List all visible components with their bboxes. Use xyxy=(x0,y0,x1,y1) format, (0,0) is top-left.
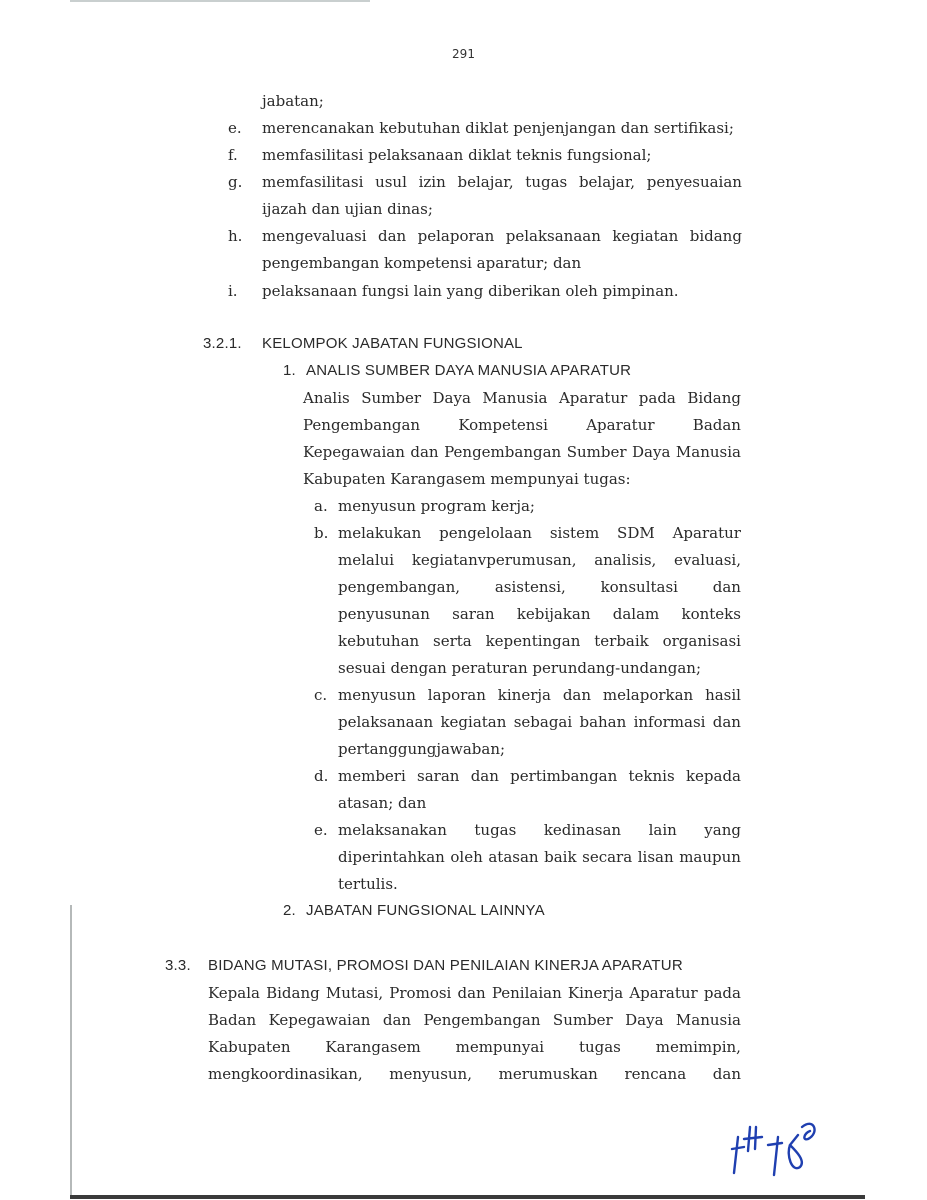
list-item-text: melaksanakantugaskedinasanlainyang xyxy=(338,820,741,840)
paragraph-line: AnalisSumberDayaManusiaAparaturpadaBidan… xyxy=(303,388,741,408)
list-item-text: sesuai dengan peraturan perundang-undang… xyxy=(338,658,741,678)
subsection-number: 2. xyxy=(283,901,296,921)
list-item-text: mengevaluasidanpelaporanpelaksanaankegia… xyxy=(262,226,742,246)
paragraph-line: KepegawaiandanPengembanganSumberDayaManu… xyxy=(303,442,741,462)
list-item-text: atasan; dan xyxy=(338,793,741,813)
scan-edge-top xyxy=(70,0,370,2)
section-title: KELOMPOK JABATAN FUNGSIONAL xyxy=(262,334,523,354)
list-item-label: f. xyxy=(228,145,238,165)
paragraph-line: Kabupaten Karangasem mempunyai tugas: xyxy=(303,469,741,489)
paragraph-line: KabupatenKarangasemmempunyaitugasmemimpi… xyxy=(208,1037,741,1057)
scan-edge-left xyxy=(70,905,72,1197)
list-item-text: memfasilitasiusulizinbelajar,tugasbelaja… xyxy=(262,172,742,192)
paragraph-line: KepalaBidangMutasi,PromosidanPenilaianKi… xyxy=(208,983,741,1003)
section-title: BIDANG MUTASI, PROMOSI DAN PENILAIAN KIN… xyxy=(208,956,683,976)
list-item-label: c. xyxy=(314,685,327,705)
subsection-title: JABATAN FUNGSIONAL LAINNYA xyxy=(306,901,545,921)
list-item-text: ijazah dan ujian dinas; xyxy=(262,199,742,219)
list-item-text: pelaksanaankegiatansebagaibahaninformasi… xyxy=(338,712,741,732)
list-item-label: d. xyxy=(314,766,328,786)
list-item-text: melakukanpengelolaansistemSDMAparatur xyxy=(338,523,741,543)
list-item-text: memberisarandanpertimbangantekniskepada xyxy=(338,766,741,786)
list-item-label: b. xyxy=(314,523,328,543)
signature-initials-icon xyxy=(730,1115,840,1185)
list-item-text: memfasilitasi pelaksanaan diklat teknis … xyxy=(262,145,742,165)
list-item-text: penyusunansarankebijakandalamkonteks xyxy=(338,604,741,624)
list-item-label: i. xyxy=(228,281,238,301)
list-item-text: menyusun program kerja; xyxy=(338,496,741,516)
list-item-text: menyusunlaporankinerjadanmelaporkanhasil xyxy=(338,685,741,705)
list-item-text: tertulis. xyxy=(338,874,741,894)
list-item-text: pengembangan,asistensi,konsultasidan xyxy=(338,577,741,597)
section-number: 3.3. xyxy=(165,956,191,976)
paragraph-line: BadanKepegawaiandanPengembanganSumberDay… xyxy=(208,1010,741,1030)
list-item-label: e. xyxy=(314,820,328,840)
list-item-text: melaluikegiatanvperumusan,analisis,evalu… xyxy=(338,550,741,570)
paragraph-line: mengkoordinasikan,menyusun,merumuskanren… xyxy=(208,1064,741,1084)
paragraph-line: PengembanganKompetensiAparaturBadan xyxy=(303,415,741,435)
section-number: 3.2.1. xyxy=(203,334,242,354)
scan-edge-bottom xyxy=(70,1195,865,1199)
page-number: 291 xyxy=(0,47,927,61)
list-continuation: jabatan; xyxy=(262,91,324,111)
list-item-text: merencanakan kebutuhan diklat penjenjang… xyxy=(262,118,742,138)
list-item-text: diperintahkanolehatasanbaiksecaralisanma… xyxy=(338,847,741,867)
list-item-label: h. xyxy=(228,226,242,246)
list-item-text: pelaksanaan fungsi lain yang diberikan o… xyxy=(262,281,742,301)
list-item-text: kebutuhansertakepentinganterbaikorganisa… xyxy=(338,631,741,651)
list-item-text: pengembangan kompetensi aparatur; dan xyxy=(262,253,742,273)
list-item-text: pertanggungjawaban; xyxy=(338,739,741,759)
list-item-label: e. xyxy=(228,118,242,138)
list-item-label: a. xyxy=(314,496,328,516)
subsection-title: ANALIS SUMBER DAYA MANUSIA APARATUR xyxy=(306,361,631,381)
subsection-number: 1. xyxy=(283,361,296,381)
list-item-label: g. xyxy=(228,172,242,192)
